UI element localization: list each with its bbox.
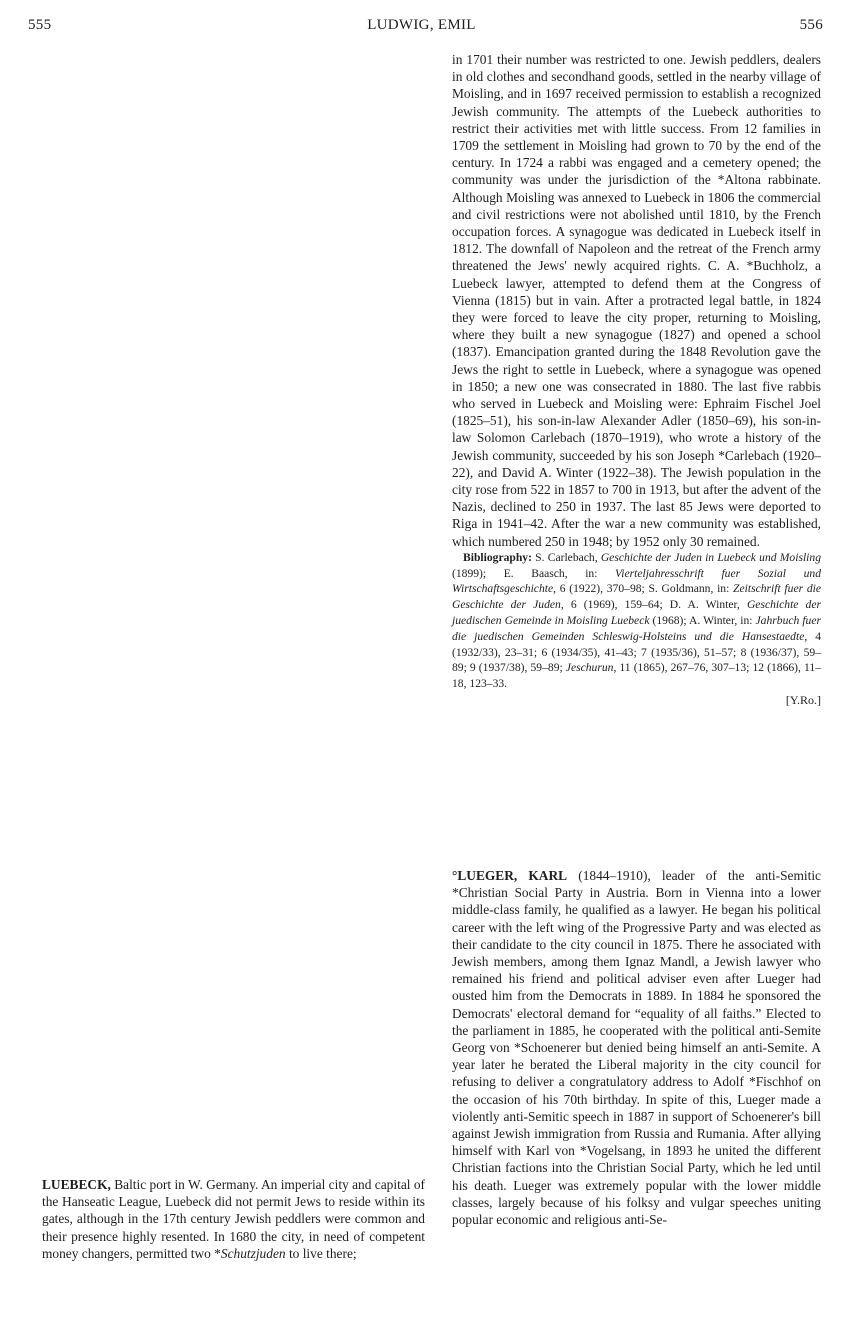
lueger-body: °LUEGER, KARL (1844–1910), leader of the… bbox=[452, 867, 821, 1228]
luebeck-entry: LUEBECK, Baltic port in W. Germany. An i… bbox=[42, 1176, 425, 1262]
luebeck-intro: LUEBECK, Baltic port in W. Germany. An i… bbox=[42, 1176, 425, 1262]
lueger-text: (1844–1910), leader of the anti-Semitic … bbox=[452, 868, 821, 1227]
bibliography-title: Geschichte der Juden in Luebeck und Mois… bbox=[601, 551, 821, 564]
schutzjuden-term: Schutzjuden bbox=[221, 1246, 286, 1261]
luebeck-intro-text-2: to live there; bbox=[286, 1246, 357, 1261]
bibliography-segment: , 6 (1969), 159–64; D. A. Winter, bbox=[561, 598, 747, 611]
bibliography-title: Jeschurun bbox=[566, 661, 614, 674]
luebeck-continuation: in 1701 their number was restricted to o… bbox=[452, 51, 821, 708]
bibliography-segment: (1899); E. Baasch, in: bbox=[452, 567, 615, 580]
lueger-entry: °LUEGER, KARL (1844–1910), leader of the… bbox=[452, 867, 821, 1228]
luebeck-body-text: in 1701 their number was restricted to o… bbox=[452, 51, 821, 550]
bibliography-text: S. Carlebach, Geschichte der Juden in Lu… bbox=[452, 551, 821, 690]
lueger-headword: °LUEGER, KARL bbox=[452, 868, 567, 883]
luebeck-bibliography: Bibliography: S. Carlebach, Geschichte d… bbox=[452, 550, 821, 692]
bibliography-segment: , 6 (1922), 370–98; S. Goldmann, in: bbox=[553, 582, 733, 595]
running-title: LUDWIG, EMIL bbox=[0, 17, 843, 34]
luebeck-headword: LUEBECK, bbox=[42, 1177, 111, 1192]
bibliography-label: Bibliography: bbox=[463, 551, 532, 564]
page-number-right: 556 bbox=[800, 17, 823, 34]
bibliography-segment: (1968); A. Winter, in: bbox=[650, 614, 756, 627]
author-signature: [Y.Ro.] bbox=[452, 692, 821, 708]
bibliography-segment: S. Carlebach, bbox=[532, 551, 601, 564]
